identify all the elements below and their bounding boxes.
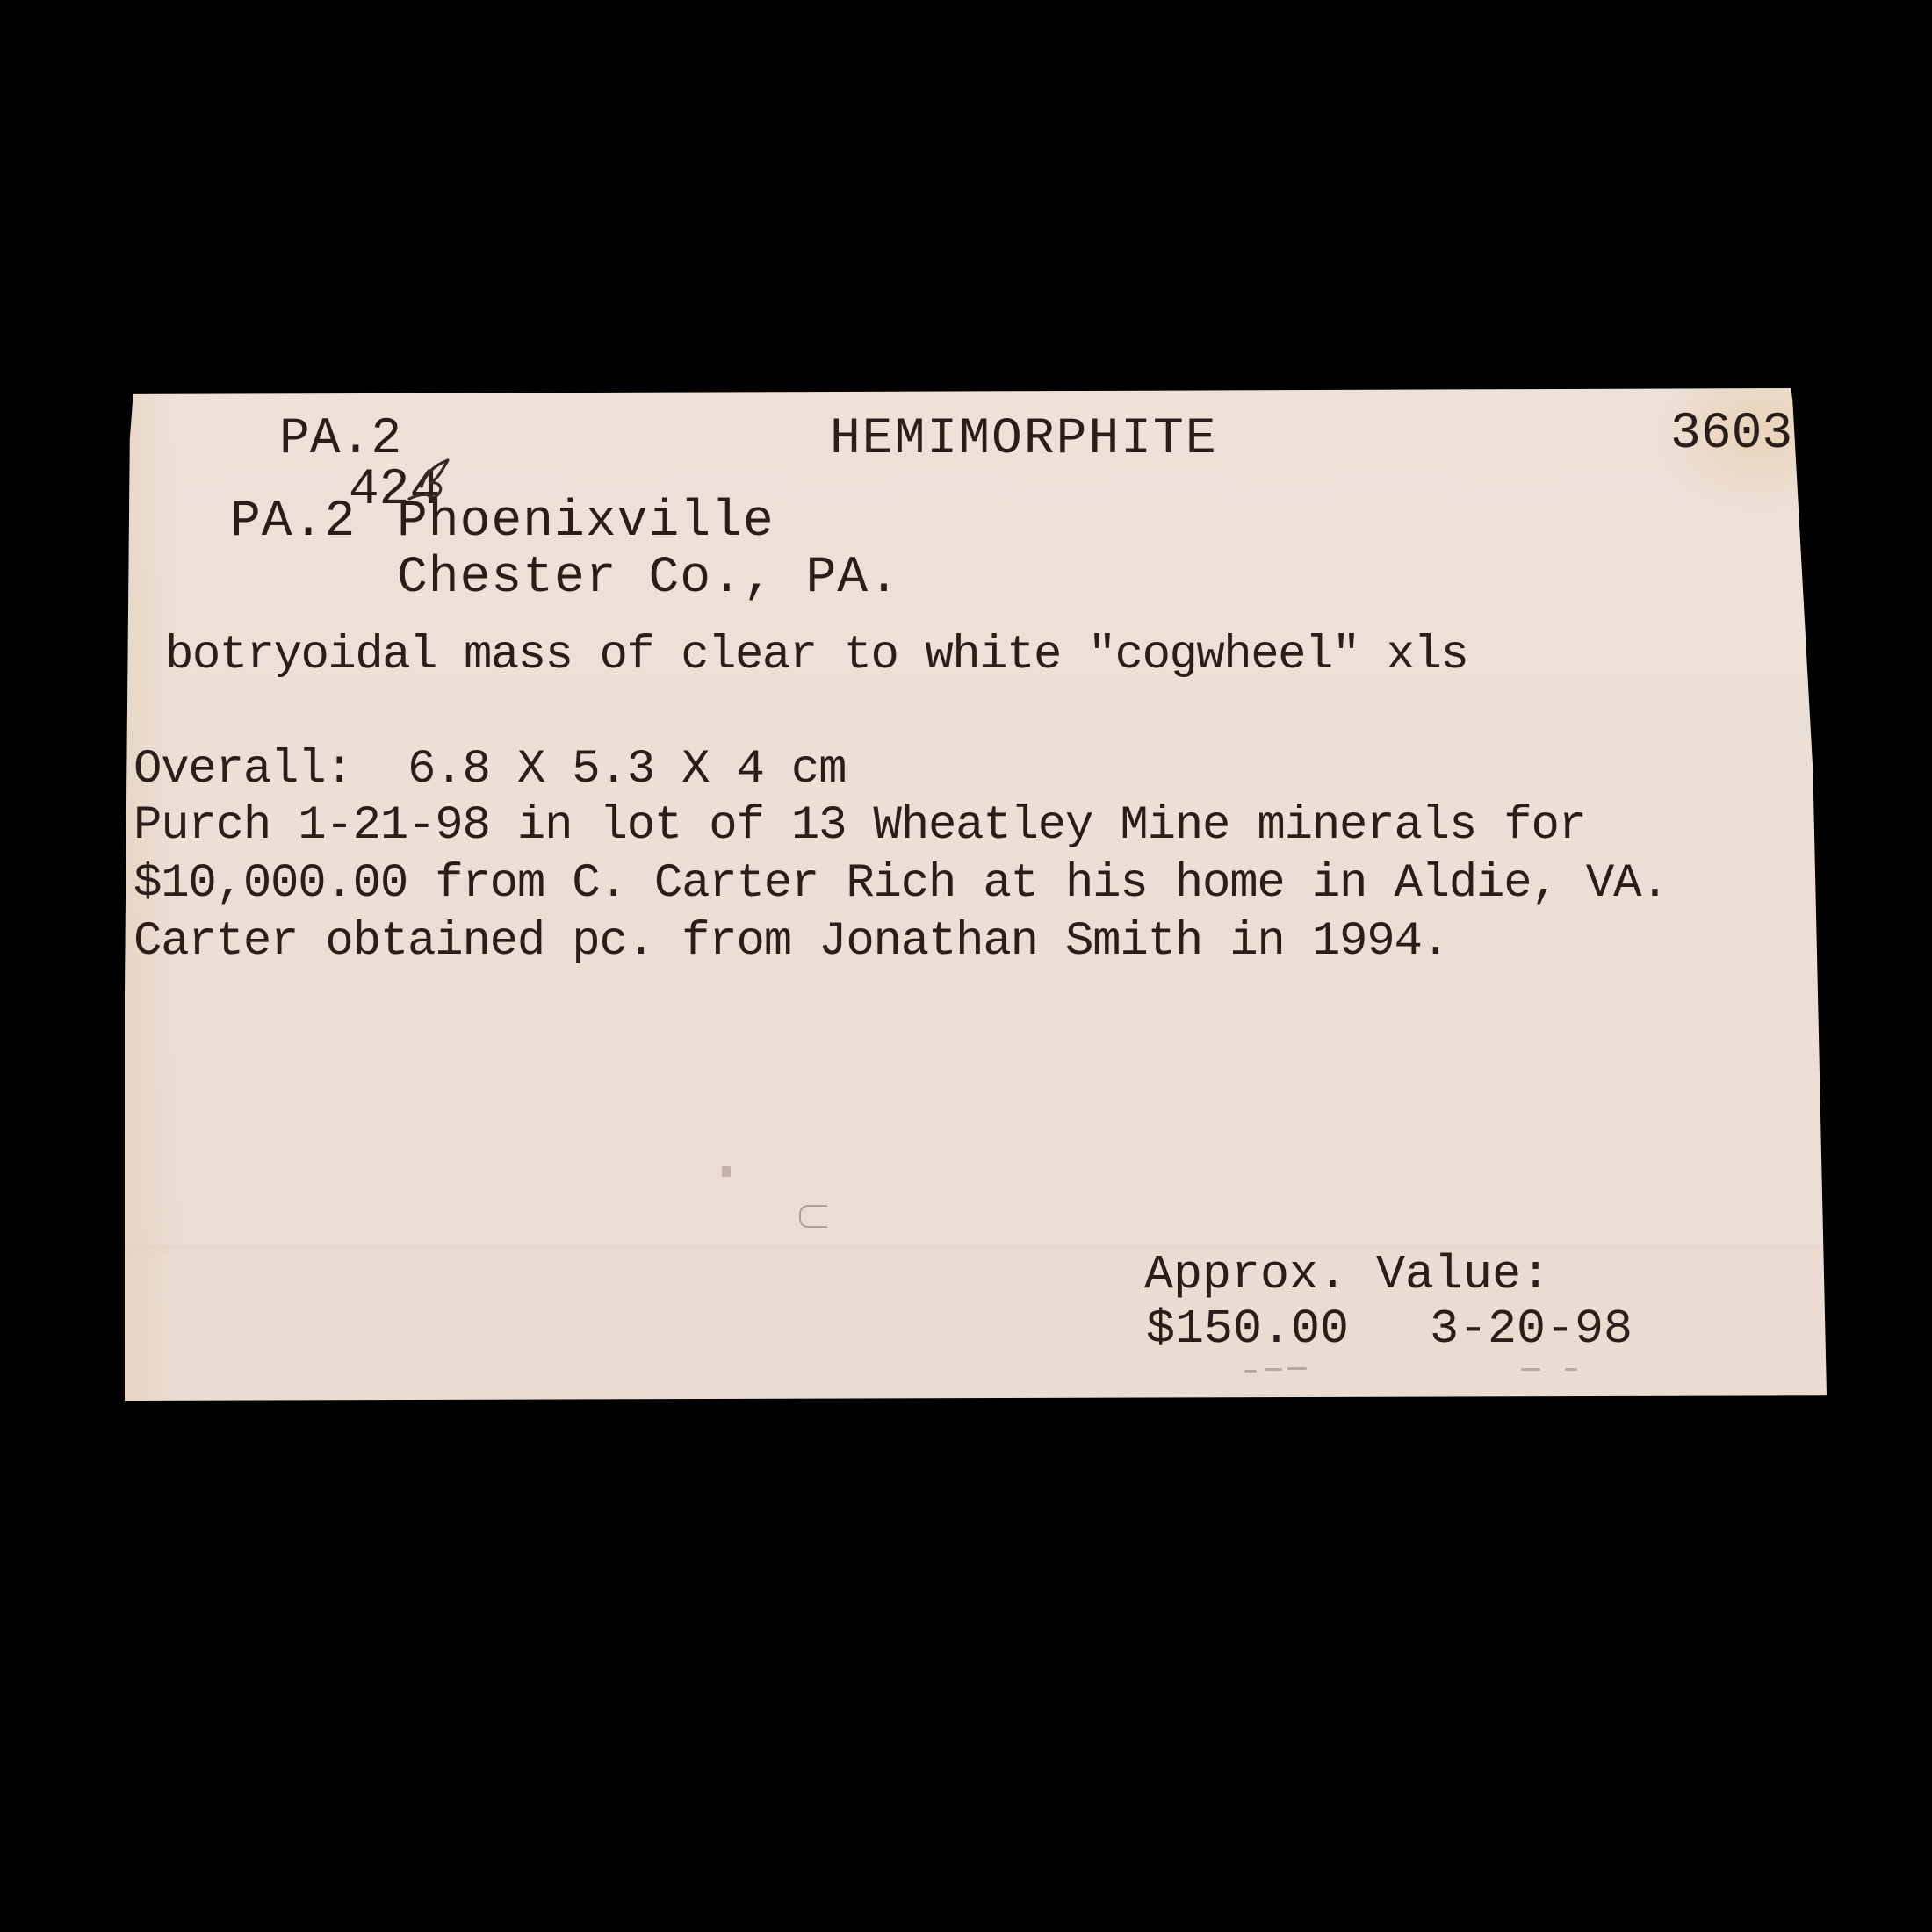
faint-dash: [1265, 1368, 1282, 1371]
note-provenance: Carter obtained pc. from Jonathan Smith …: [133, 919, 1449, 966]
approx-value-label: Approx. Value:: [1144, 1251, 1550, 1299]
specimen-description: botryoidal mass of clear to white "cogwh…: [165, 632, 1467, 680]
faint-dash: [1244, 1370, 1257, 1373]
approx-value-amount: $150.00: [1146, 1305, 1349, 1353]
locality-line-2: Chester Co., PA.: [397, 553, 900, 604]
ink-speck: [722, 1166, 731, 1177]
specimen-catalog-card: 424 PA.2 HEMIMORPHITE 3603 PA.2 Phoenixv…: [125, 388, 1827, 1401]
note-dimensions: Overall: 6.8 X 5.3 X 4 cm: [133, 746, 846, 794]
faint-dash: [1287, 1367, 1307, 1370]
note-purchase-1: Purch 1-21-98 in lot of 13 Wheatley Mine…: [133, 803, 1586, 850]
pencil-mark: [799, 1205, 827, 1228]
header-locality-code: PA.2: [279, 415, 401, 465]
note-purchase-2: $10,000.00 from C. Carter Rich at his ho…: [133, 861, 1669, 908]
photo-background: 424 PA.2 HEMIMORPHITE 3603 PA.2 Phoenixv…: [0, 0, 1932, 1932]
locality-line-1: Phoenixville: [397, 497, 775, 548]
mineral-name: HEMIMORPHITE: [830, 415, 1218, 465]
faint-dash: [1521, 1368, 1540, 1371]
valuation-date: 3-20-98: [1430, 1305, 1633, 1353]
faint-dash: [1565, 1368, 1577, 1371]
specimen-number: 3603: [1670, 409, 1792, 460]
locality-code: PA.2: [230, 497, 356, 548]
